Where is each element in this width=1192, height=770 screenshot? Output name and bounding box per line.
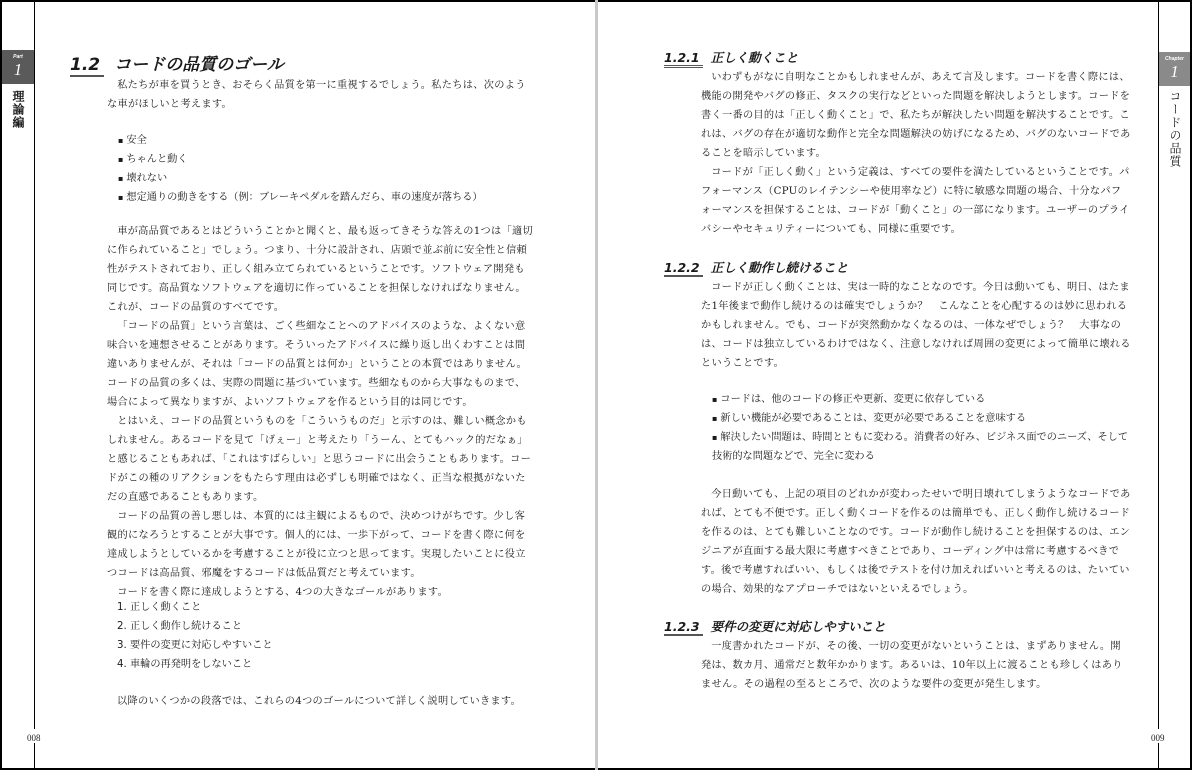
paragraph: 「コードの品質」という言葉は、ごく些細なことへのアドバイスのような、よくない意味… <box>107 317 535 412</box>
paragraph: 私たちが車を買うとき、おそらく品質を第一に重視するでしょう。私たちは、次のような… <box>107 76 535 114</box>
list-item: 安全 <box>118 131 483 150</box>
list-item: 2. 正しく動作し続けること <box>117 617 273 636</box>
subsection-number: 1.2.2 <box>664 260 703 277</box>
subsection-title: 要件の変更に対応しやすいこと <box>711 619 886 634</box>
list-item-text: 想定通りの動きをする（例：ブレーキペダルを踏んだら、車の速度が落ちる） <box>126 192 482 203</box>
list-item: 新しい機能が必要であることは、変更が必要であることを意味する <box>712 409 1132 428</box>
page-number: 008 <box>27 733 41 743</box>
part-tab: Part 1 <box>2 50 34 84</box>
list-item-text: 壊れない <box>126 173 167 184</box>
goals-list: 1. 正しく動くこと 2. 正しく動作し続けること 3. 要件の変更に対応しやす… <box>117 598 273 674</box>
part-vertical-label: 理論編 <box>10 90 27 129</box>
chapter-vertical-label: コードの品質 <box>1167 90 1184 168</box>
subsection-heading: 1.2.2正しく動作し続けること <box>664 258 848 277</box>
subsection-body: 今日動いても、上記の項目のどれかが変わったせいで明日壊れてしまうようなコードであ… <box>701 485 1131 599</box>
chapter-tab-number: 1 <box>1159 63 1190 81</box>
list-item-text: 新しい機能が必要であることは、変更が必要であることを意味する <box>720 413 1026 424</box>
list-item: ちゃんと動く <box>118 150 483 169</box>
section-number: 1.2 <box>70 55 104 77</box>
margin-rule <box>1158 0 1159 770</box>
section-heading: 1.2コードの品質のゴール <box>70 50 284 77</box>
list-item: 解決したい問題は、時間とともに変わる。消費者の好み、ビジネス面でのニーズ、そして… <box>712 428 1132 466</box>
part-tab-number: 1 <box>2 61 34 79</box>
subsection-body: いわずもがなに自明なことかもしれませんが、あえて言及します。コードを書く際には、… <box>701 68 1131 239</box>
paragraph: 以降のいくつかの段落では、これらの4つのゴールについて詳しく説明していきます。 <box>117 692 537 711</box>
paragraph: 車が高品質であるとはどういうことかと聞くと、最も返ってきそうな答えの1つは「適切… <box>107 222 535 317</box>
subsection-body: コードが正しく動くことは、実は一時的なことなのです。今日は動いても、明日、はたま… <box>701 278 1131 373</box>
list-item-text: ちゃんと動く <box>126 154 187 165</box>
subsection-title: 正しく動くこと <box>711 50 799 65</box>
paragraph: とはいえ、コードの品質というものを「こういうものだ」と示すのは、難しい概念かもし… <box>107 412 535 507</box>
list-item-text: 安全 <box>126 135 146 146</box>
list-item: 3. 要件の変更に対応しやすいこと <box>117 636 273 655</box>
subsection-heading: 1.2.3要件の変更に対応しやすいこと <box>664 617 886 636</box>
car-wish-list: 安全 ちゃんと動く 壊れない 想定通りの動きをする（例：ブレーキペダルを踏んだら… <box>118 131 483 207</box>
section-title: コードの品質のゴール <box>114 55 284 75</box>
right-page: Chapter 1 コードの品質 009 1.2.1正しく動くこと いわずもがな… <box>598 0 1192 770</box>
paragraph: いわずもがなに自明なことかもしれませんが、あえて言及します。コードを書く際には、… <box>701 68 1131 163</box>
subsection-number: 1.2.1 <box>664 50 703 68</box>
subsection-body: 一度書かれたコードが、その後、一切の変更がないということは、まずありません。開発… <box>701 637 1131 694</box>
paragraph: コードが正しく動くことは、実は一時的なことなのです。今日は動いても、明日、はたま… <box>701 278 1131 373</box>
paragraph: 一度書かれたコードが、その後、一切の変更がないということは、まずありません。開発… <box>701 637 1131 694</box>
closing-paragraph: 以降のいくつかの段落では、これらの4つのゴールについて詳しく説明していきます。 <box>117 692 537 711</box>
list-item: 壊れない <box>118 169 483 188</box>
list-item-text: 解決したい問題は、時間とともに変わる。消費者の好み、ビジネス面でのニーズ、そして… <box>712 432 1128 462</box>
margin-rule <box>34 0 35 770</box>
page-number: 009 <box>1151 733 1165 743</box>
intro-paragraph: 私たちが車を買うとき、おそらく品質を第一に重視するでしょう。私たちは、次のような… <box>107 76 535 114</box>
list-item: 想定通りの動きをする（例：ブレーキペダルを踏んだら、車の速度が落ちる） <box>118 188 483 207</box>
paragraph: コードが「正しく動く」という定義は、すべての要件を満たしているということです。パ… <box>701 163 1131 239</box>
change-list: コードは、他のコードの修正や更新、変更に依存している 新しい機能が必要であること… <box>712 390 1132 466</box>
body-text: 車が高品質であるとはどういうことかと聞くと、最も返ってきそうな答えの1つは「適切… <box>107 222 535 602</box>
list-item: 1. 正しく動くこと <box>117 598 273 617</box>
paragraph: 今日動いても、上記の項目のどれかが変わったせいで明日壊れてしまうようなコードであ… <box>701 485 1131 599</box>
list-item: 4. 車輪の再発明をしないこと <box>117 655 273 674</box>
left-page: Part 1 理論編 008 1.2コードの品質のゴール 私たちが車を買うとき、… <box>0 0 595 770</box>
chapter-tab: Chapter 1 <box>1159 52 1190 86</box>
subsection-number: 1.2.3 <box>664 619 703 636</box>
paragraph: コードの品質の善し悪しは、本質的には主観によるもので、決めつけがちです。少し客観… <box>107 507 535 583</box>
list-item: コードは、他のコードの修正や更新、変更に依存している <box>712 390 1132 409</box>
subsection-heading: 1.2.1正しく動くこと <box>664 48 798 68</box>
list-item-text: コードは、他のコードの修正や更新、変更に依存している <box>720 394 985 405</box>
subsection-title: 正しく動作し続けること <box>711 260 849 275</box>
